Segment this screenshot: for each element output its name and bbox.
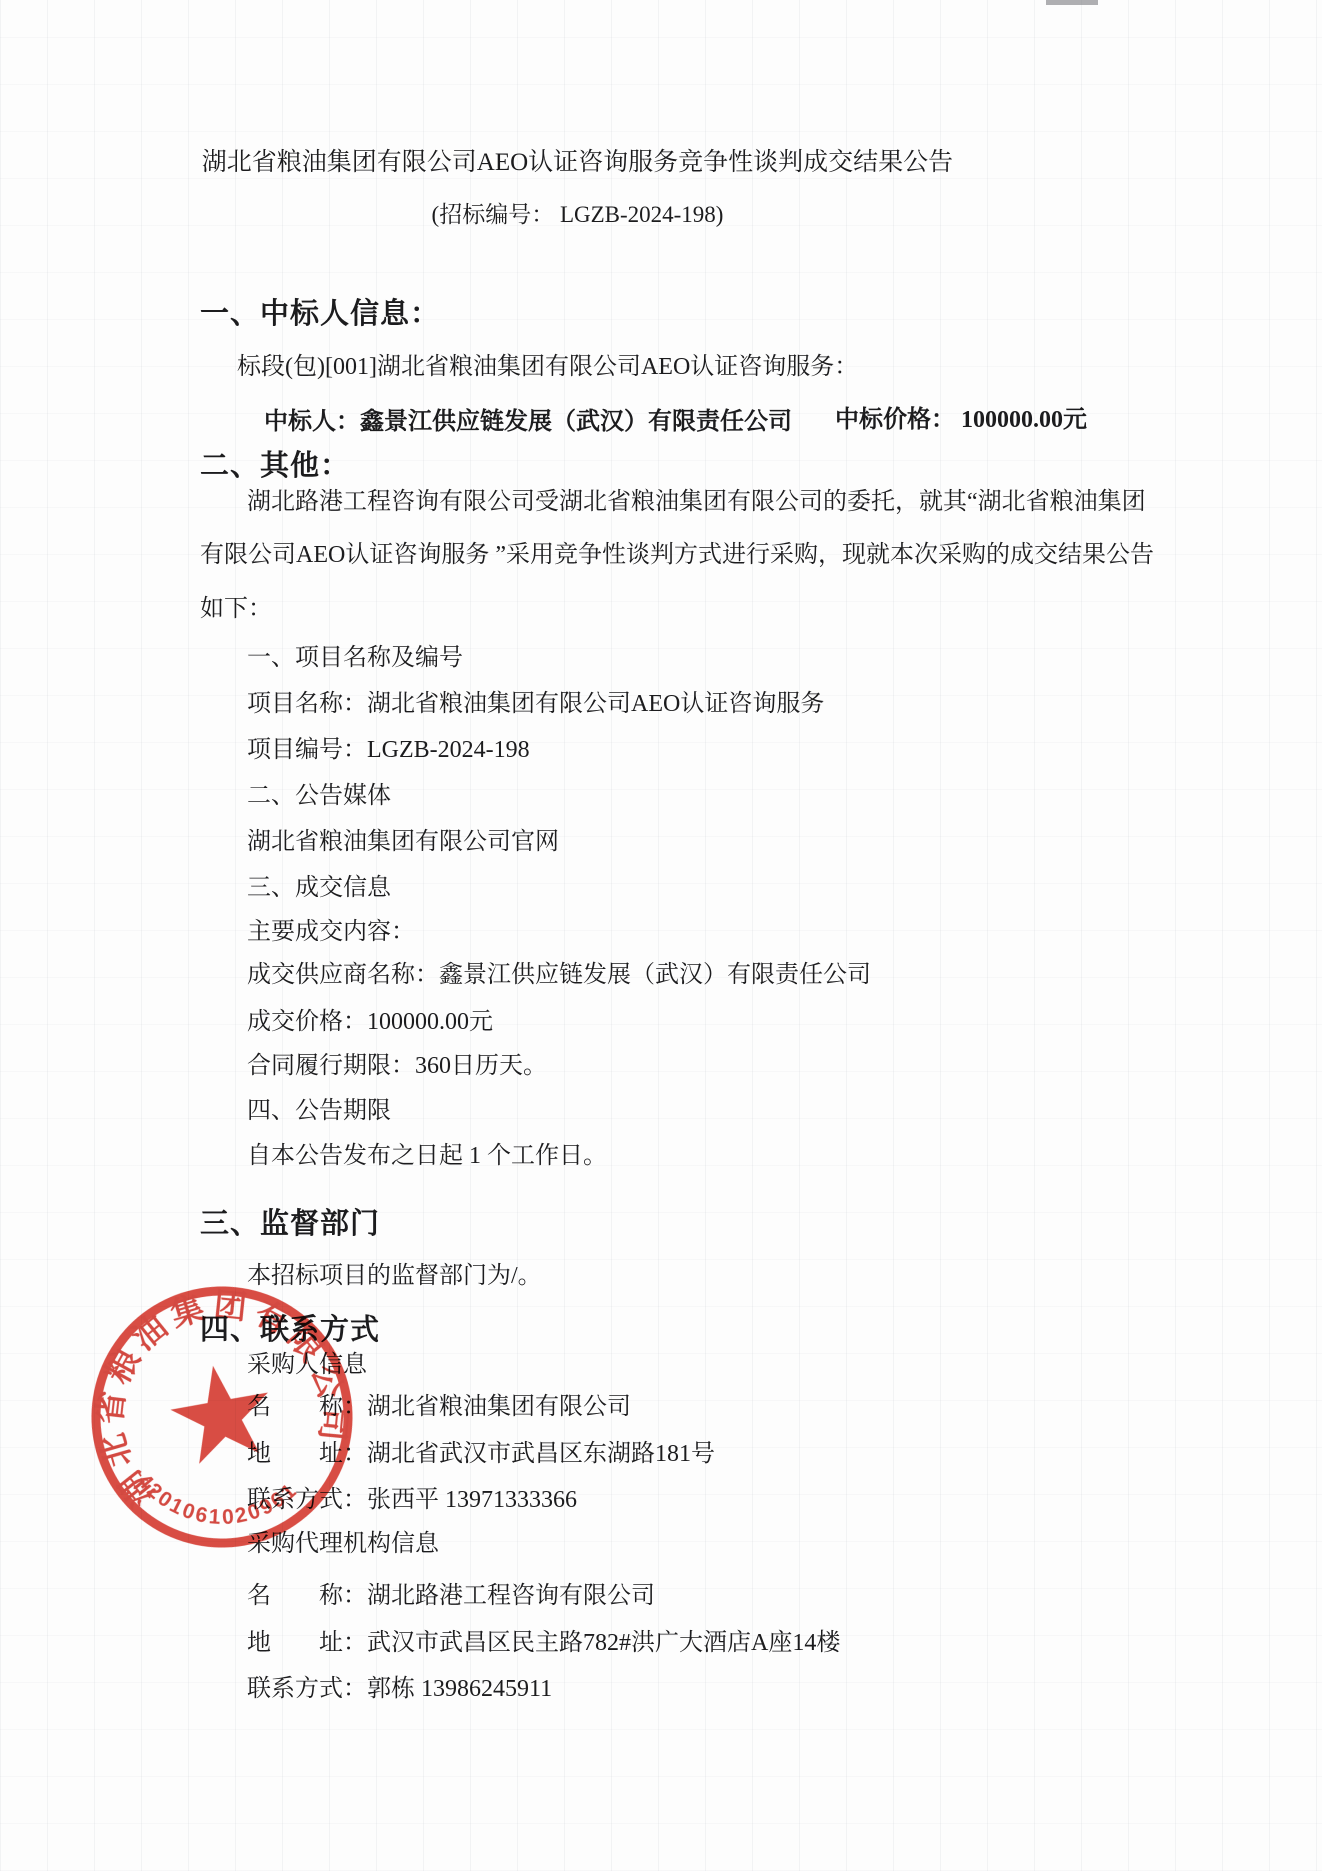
item4-heading: 四、公告期限 <box>247 1096 391 1126</box>
item3-heading: 三、成交信息 <box>247 873 391 903</box>
project-name-line: 项目名称：湖北省粮油集团有限公司AEO认证咨询服务 <box>247 689 824 719</box>
winner-line: 中标人：鑫景江供应链发展（武汉）有限责任公司 <box>264 407 792 437</box>
deal-price-line: 成交价格：100000.00元 <box>247 1007 493 1037</box>
winner-price-line: 中标价格： 100000.00元 <box>835 405 1087 435</box>
bid-number-line: (招标编号： LGZB-2024-198) <box>0 196 1155 229</box>
page-title: 湖北省粮油集团有限公司AEO认证咨询服务竞争性谈判成交结果公告 <box>0 142 1155 178</box>
other-para-line3: 如下： <box>200 594 272 624</box>
agency-contact-line: 联系方式：郭栋 13986245911 <box>247 1674 552 1704</box>
agency-name-line: 名 称：湖北路港工程咨询有限公司 <box>247 1581 655 1611</box>
section-heading-winner-info: 一、中标人信息： <box>200 296 440 332</box>
other-para-line1: 湖北路港工程咨询有限公司受湖北省粮油集团有限公司的委托，就其“湖北省粮油集团 <box>247 487 1146 517</box>
other-para-line2: 有限公司AEO认证咨询服务 ”采用竞争性谈判方式进行采购，现就本次采购的成交结果… <box>200 540 1154 570</box>
supplier-line: 成交供应商名称：鑫景江供应链发展（武汉）有限责任公司 <box>247 960 871 990</box>
section-heading-other: 二、其他： <box>200 448 350 484</box>
company-seal-stamp: 湖北省粮油集团有限公司 4201061020961 <box>48 1243 396 1591</box>
seal-star-icon <box>164 1357 278 1467</box>
contract-period-line: 合同履行期限：360日历天。 <box>247 1051 547 1081</box>
scan-background <box>0 0 1322 1871</box>
section-heading-supervision: 三、监督部门 <box>200 1206 380 1242</box>
item2-heading: 二、公告媒体 <box>247 781 391 811</box>
agency-address-line: 地 址：武汉市武昌区民主路782#洪广大酒店A座14楼 <box>247 1628 840 1658</box>
scan-artifact <box>1046 0 1098 5</box>
lot-line: 标段(包)[001]湖北省粮油集团有限公司AEO认证咨询服务： <box>237 352 858 382</box>
media-line: 湖北省粮油集团有限公司官网 <box>247 827 559 857</box>
notice-period-line: 自本公告发布之日起 1 个工作日。 <box>247 1141 607 1171</box>
deal-content-label: 主要成交内容： <box>247 917 415 947</box>
project-number-line: 项目编号：LGZB-2024-198 <box>247 735 530 765</box>
item1-heading: 一、项目名称及编号 <box>247 643 463 673</box>
